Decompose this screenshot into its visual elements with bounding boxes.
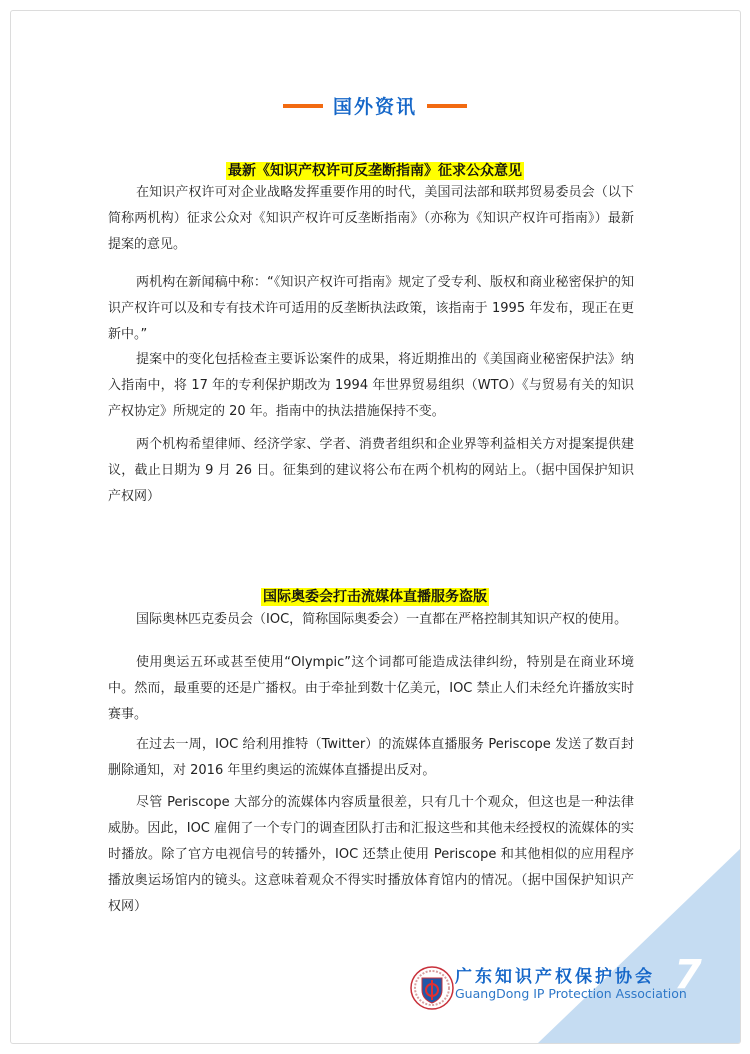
article-paragraph: 在过去一周，IOC 给利用推特（Twitter）的流媒体直播服务 Perisco…: [108, 732, 634, 784]
org-name-cn: 广东知识产权保护协会: [455, 962, 655, 987]
header-line-right: [427, 104, 467, 108]
section-title: 国外资讯: [333, 92, 417, 119]
section-header: 国外资讯: [0, 92, 750, 119]
article-paragraph: 两机构在新闻稿中称：“《知识产权许可指南》规定了受专利、版权和商业秘密保护的知识…: [108, 270, 634, 348]
page-number: 7: [674, 952, 702, 998]
org-name-en: GuangDong IP Protection Association: [455, 986, 687, 1001]
article-paragraph: 尽管 Periscope 大部分的流媒体内容质量很差，只有几十个观众，但这也是一…: [108, 790, 634, 920]
article-title: 最新《知识产权许可反垄断指南》征求公众意见: [0, 160, 750, 180]
article-paragraph: 提案中的变化包括检查主要诉讼案件的成果，将近期推出的《美国商业秘密保护法》纳入指…: [108, 347, 634, 425]
article-paragraph: 国际奥林匹克委员会（IOC，简称国际奥委会）一直都在严格控制其知识产权的使用。: [108, 607, 634, 633]
article-paragraph: 使用奥运五环或甚至使用“Olympic”这个词都可能造成法律纠纷，特别是在商业环…: [108, 650, 634, 728]
header-line-left: [283, 104, 323, 108]
article-paragraph: 在知识产权许可对企业战略发挥重要作用的时代，美国司法部和联邦贸易委员会（以下简称…: [108, 180, 634, 258]
association-emblem-icon: [410, 966, 454, 1010]
article-paragraph: 两个机构希望律师、经济学家、学者、消费者组织和企业界等利益相关方对提案提供建议，…: [108, 432, 634, 510]
article-title: 国际奥委会打击流媒体直播服务盗版: [0, 586, 750, 606]
